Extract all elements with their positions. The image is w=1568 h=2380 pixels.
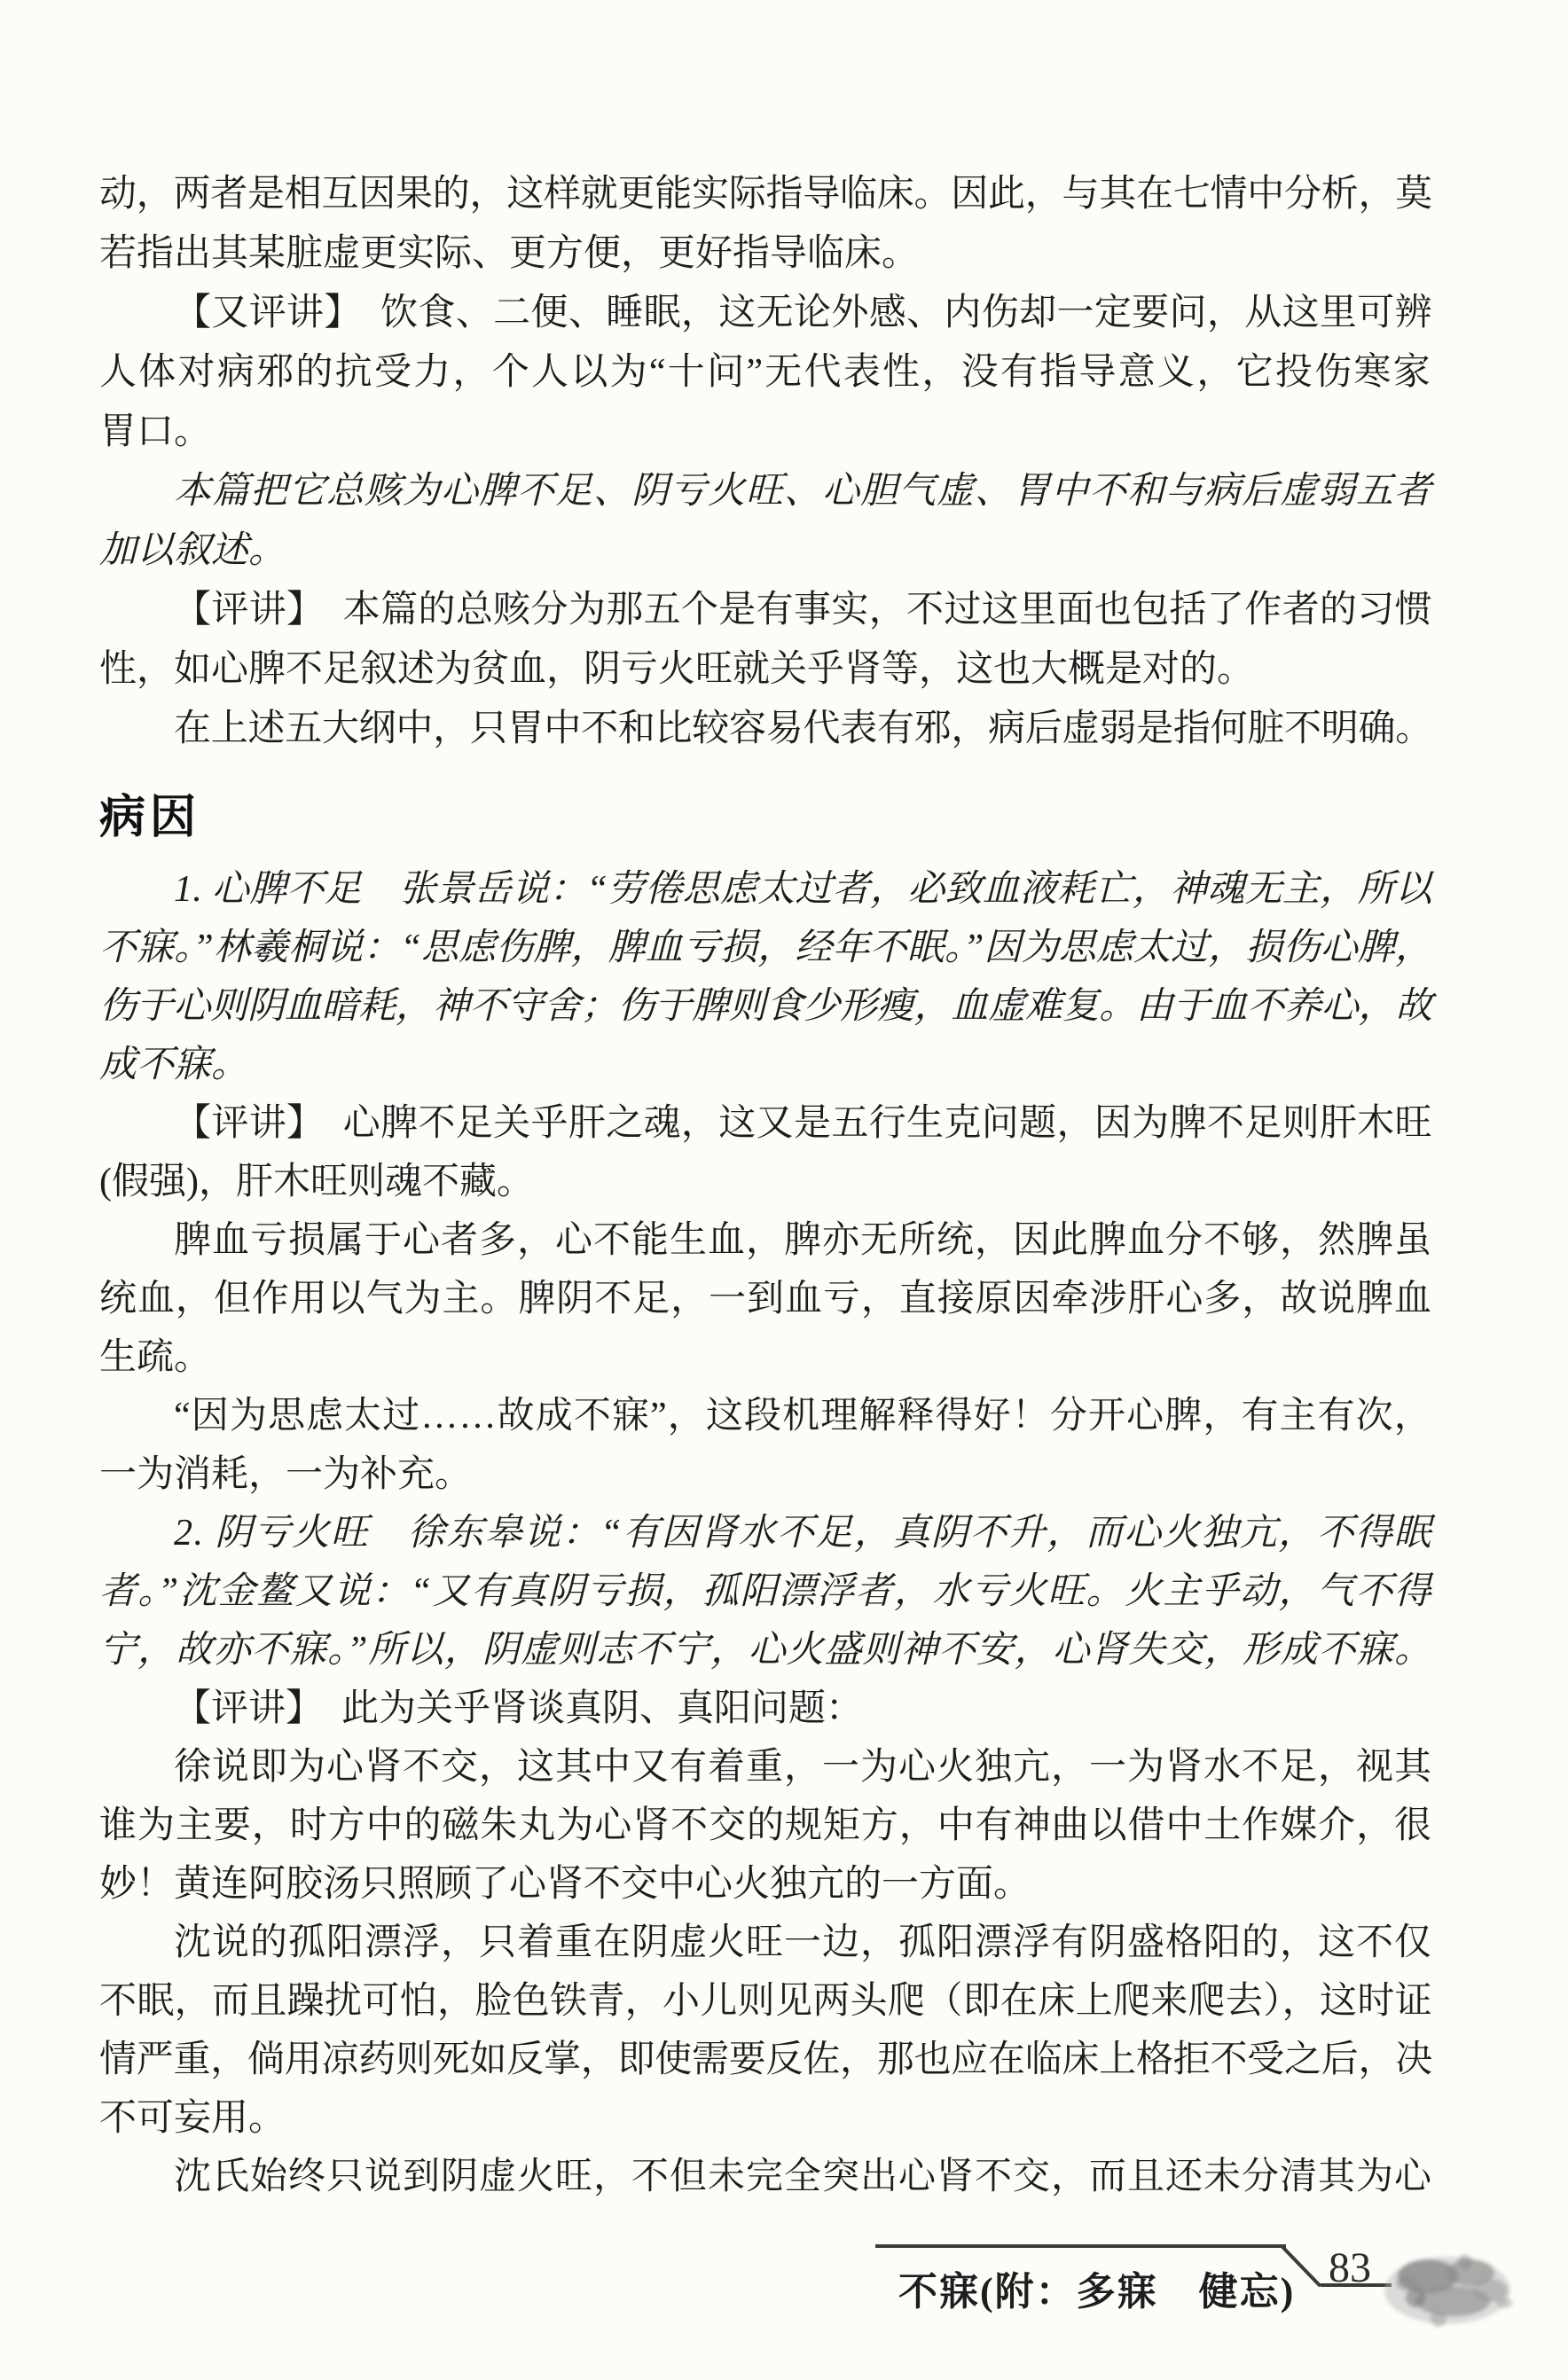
text-line: 生疏。 (99, 1328, 1432, 1387)
text-line: 在上述五大纲中，只胃中不和比较容易代表有邪，病后虚弱是指何脏不明确。 (99, 700, 1432, 759)
book-page: 动，两者是相互因果的，这样就更能实际指导临床。因此，与其在七情中分析，莫若指出其… (0, 0, 1568, 2380)
text-line: 不可妄用。 (99, 2089, 1432, 2148)
text-line: “因为思虑太过……故成不寐”，这段机理解释得好！分开心脾，有主有次， (99, 1387, 1432, 1445)
text-line: 妙！黄连阿胶汤只照顾了心肾不交中心火独亢的一方面。 (99, 1855, 1432, 1914)
text-line: 【评讲】 心脾不足关乎肝之魂，这又是五行生克问题，因为脾不足则肝木旺 (99, 1094, 1432, 1153)
text-line: 人体对病邪的抗受力，个人以为“十问”无代表性，没有指导意义，它投伤寒家 (99, 343, 1432, 403)
text-line: 谁为主要，时方中的磁朱丸为心肾不交的规矩方，中有神曲以借中土作媒介，很 (99, 1797, 1432, 1855)
text-line: 【又评讲】 饮食、二便、睡眠，这无论外感、内伤却一定要问，从这里可辨 (99, 284, 1432, 343)
text-line: (假强)，肝木旺则魂不藏。 (99, 1153, 1432, 1211)
text-line: 性，如心脾不足叙述为贫血，阴亏火旺就关乎肾等，这也大概是对的。 (99, 640, 1432, 700)
text-line: 徐说即为心肾不交，这其中又有着重，一为心火独亢，一为肾水不足，视其 (99, 1738, 1432, 1797)
text-line: 不寐。”林羲桐说：“思虑伤脾，脾血亏损，经年不眠。”因为思虑太过，损伤心脾， (99, 919, 1432, 977)
footer-chapter-title: 不寐(附：多寐 健忘) (898, 2259, 1295, 2316)
text-line: 若指出其某脏虚更实际、更方便，更好指导临床。 (99, 224, 1432, 284)
text-line: 统血，但作用以气为主。脾阴不足，一到血亏，直接原因牵涉肝心多，故说脾血 (99, 1270, 1432, 1328)
page-number: 83 (1329, 2243, 1371, 2292)
text-line: 1. 心脾不足 张景岳说：“劳倦思虑太过者，必致血液耗亡，神魂无主，所以 (99, 860, 1432, 919)
text-line: 一为消耗，一为补充。 (99, 1445, 1432, 1504)
text-line: 沈说的孤阳漂浮，只着重在阴虚火旺一边，孤阳漂浮有阴盛格阳的，这不仅 (99, 1914, 1432, 1972)
text-line: 脾血亏损属于心者多，心不能生血，脾亦无所统，因此脾血分不够，然脾虽 (99, 1211, 1432, 1270)
section-heading: 病因 (99, 787, 1432, 849)
page-text-flow: 动，两者是相互因果的，这样就更能实际指导临床。因此，与其在七情中分析，莫若指出其… (99, 0, 1432, 2206)
text-line: 【评讲】 本篇的总赅分为那五个是有事实，不过这里面也包括了作者的习惯 (99, 581, 1432, 640)
text-line: 【评讲】 此为关乎肾谈真阴、真阳问题： (99, 1679, 1432, 1738)
text-line: 动，两者是相互因果的，这样就更能实际指导临床。因此，与其在七情中分析，莫 (99, 165, 1432, 224)
text-line: 成不寐。 (99, 1036, 1432, 1094)
text-line: 胃口。 (99, 403, 1432, 462)
ink-stamp-icon (1380, 2244, 1515, 2331)
text-line: 不眠，而且躁扰可怕，脸色铁青，小儿则见两头爬（即在床上爬来爬去），这时证 (99, 1972, 1432, 2031)
text-line: 情严重，倘用凉药则死如反掌，即使需要反佐，那也应在临床上格拒不受之后，决 (99, 2031, 1432, 2089)
footer-rule-main (875, 2244, 1286, 2248)
text-line: 2. 阴亏火旺 徐东皋说：“有因肾水不足，真阴不升，而心火独亢，不得眠 (99, 1504, 1432, 1562)
text-line: 加以叙述。 (99, 521, 1432, 581)
text-line: 沈氏始终只说到阴虚火旺，不但未完全突出心肾不交，而且还未分清其为心 (99, 2148, 1432, 2206)
text-line: 者。”沈金鳌又说：“又有真阴亏损，孤阳漂浮者，水亏火旺。火主乎动，气不得 (99, 1562, 1432, 1621)
text-line: 伤于心则阴血暗耗，神不守舍；伤于脾则食少形瘦，血虚难复。由于血不养心，故 (99, 977, 1432, 1036)
text-line: 宁，故亦不寐。”所以，阴虚则志不宁，心火盛则神不安，心肾失交，形成不寐。 (99, 1621, 1432, 1679)
text-line: 本篇把它总赅为心脾不足、阴亏火旺、心胆气虚、胃中不和与病后虚弱五者 (99, 462, 1432, 521)
